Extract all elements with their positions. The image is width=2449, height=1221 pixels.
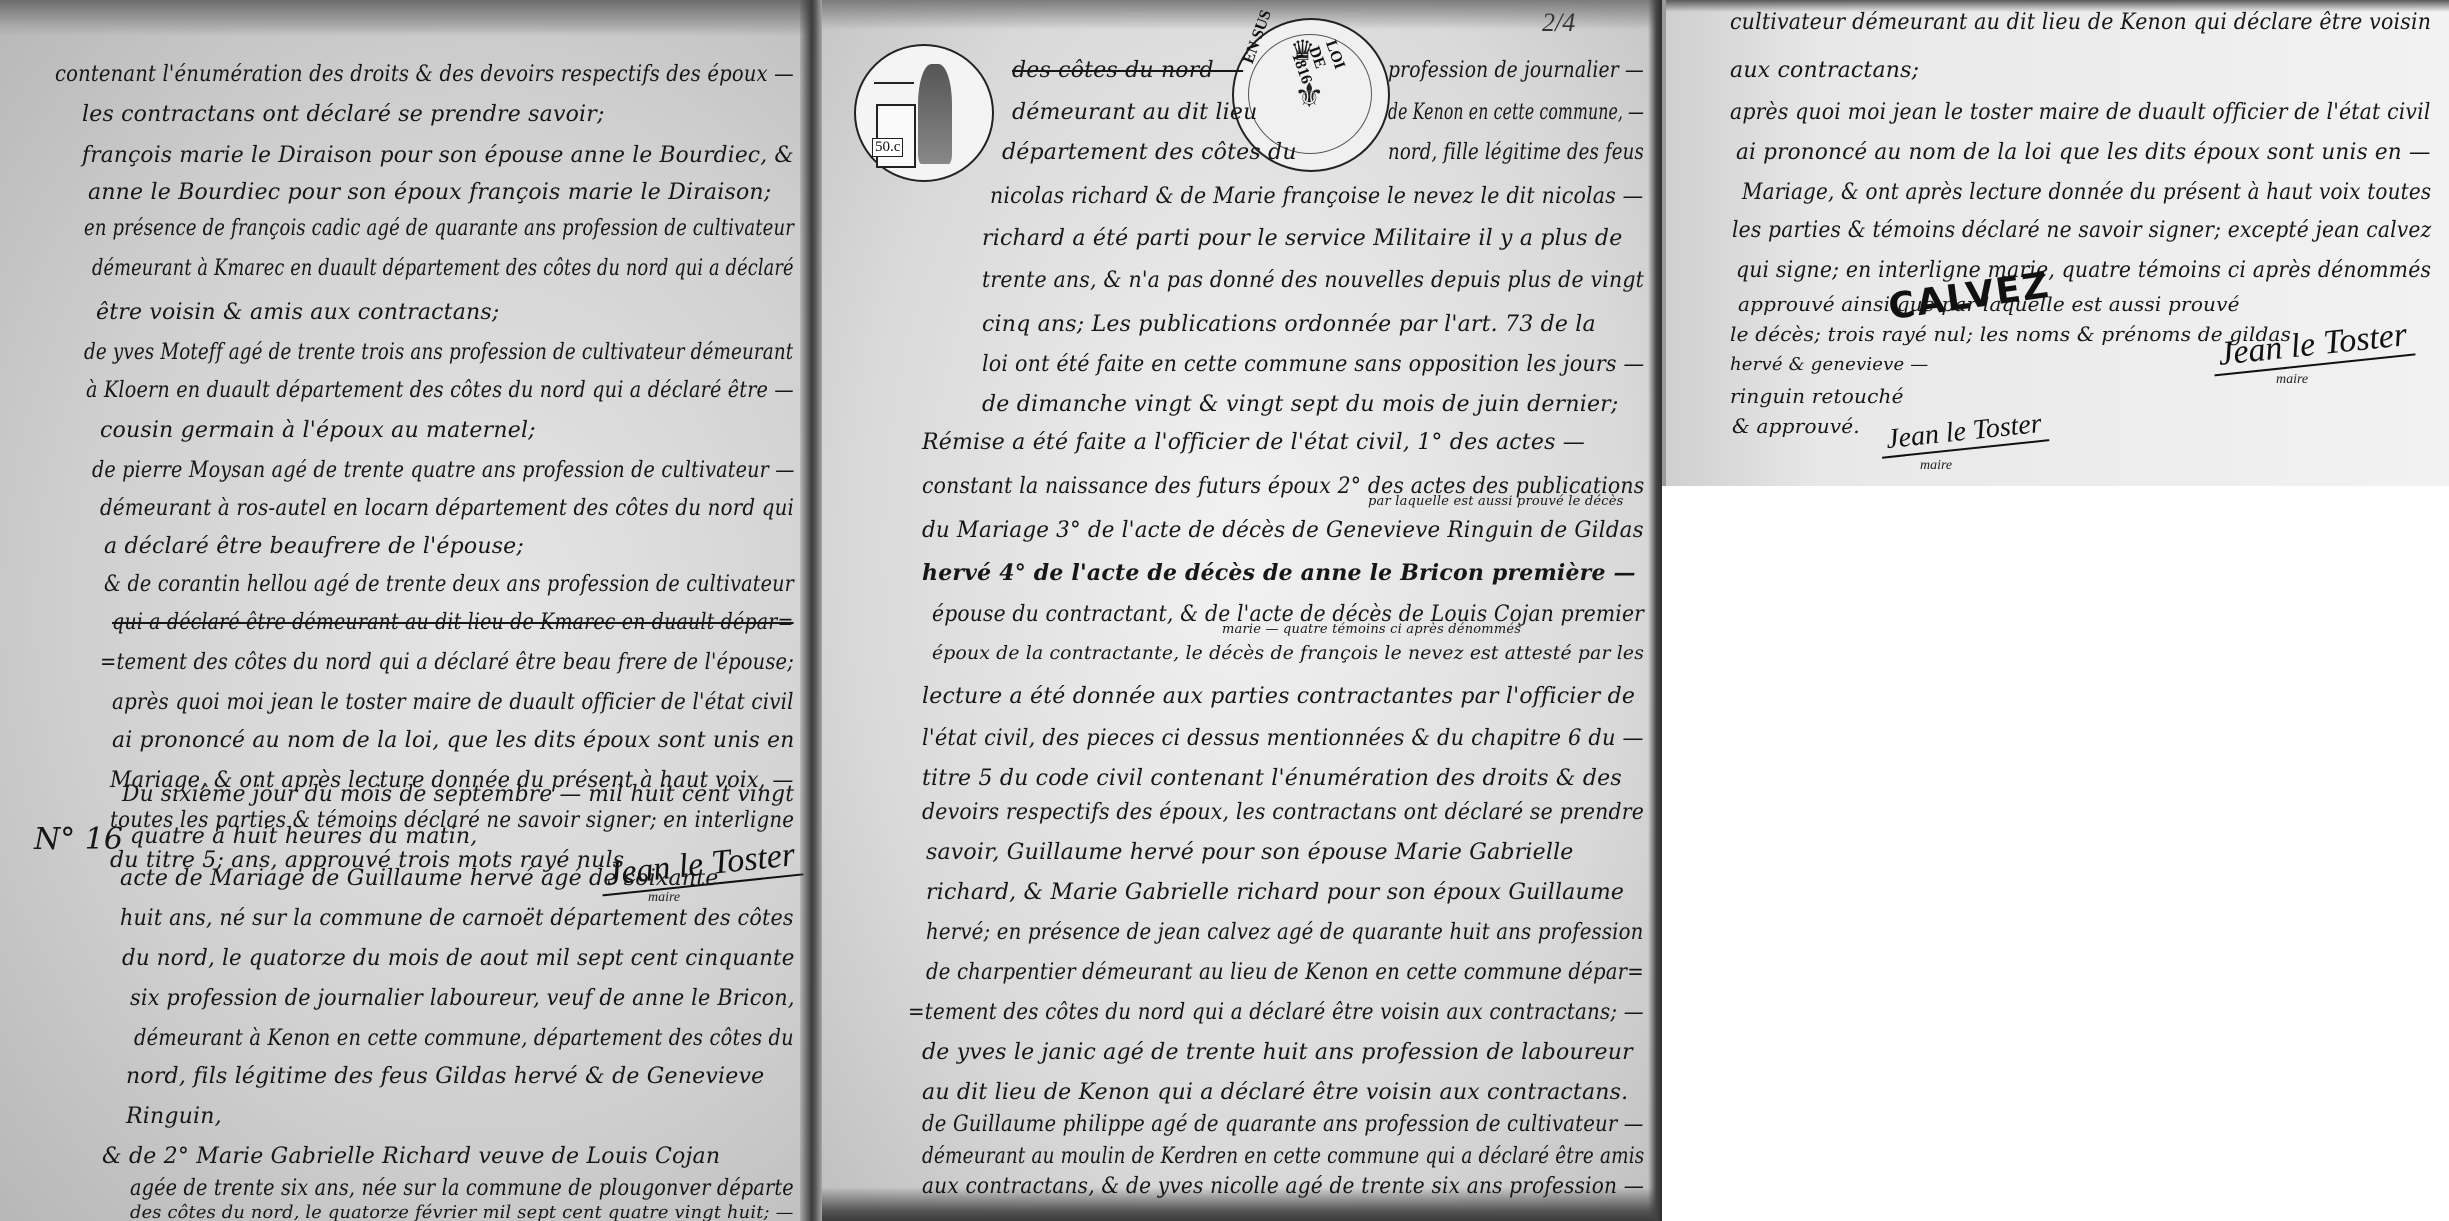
left-page: contenant l'énumération des droits & des…: [0, 0, 812, 1221]
interlinear-note: par laquelle est aussi prouvé le décès: [1368, 494, 1623, 509]
manuscript-line: nicolas richard & de Marie françoise le …: [990, 184, 1643, 209]
manuscript-line: démeurant au moulin de Kerdren en cette …: [922, 1144, 1644, 1169]
entry-line: du nord, le quatorze du mois de aout mil…: [122, 946, 795, 971]
page-edge-shadow: [0, 0, 812, 36]
entry-number: N° 16: [34, 822, 123, 857]
folio-number: 2/4: [1542, 8, 1575, 38]
manuscript-line: ai prononcé au nom de la loi, que les di…: [112, 728, 795, 753]
entry-line: Du sixième jour du mois de septembre — m…: [122, 782, 794, 807]
entry-line: nord, fils légitime des feus Gildas herv…: [126, 1064, 764, 1089]
stamp-value: 50.c: [872, 138, 903, 157]
manuscript-line: de yves le janic agé de trente huit ans …: [922, 1040, 1633, 1065]
manuscript-line: de dimanche vingt & vingt sept du mois d…: [982, 392, 1619, 417]
manuscript-line: ringuin retouché: [1730, 384, 1904, 408]
manuscript-line: Mariage, & ont après lecture donnée du p…: [1742, 180, 2431, 205]
entry-line: quatre à huit heures du matin,: [130, 824, 478, 849]
manuscript-line: du Mariage 3° de l'acte de décès de Gene…: [922, 518, 1644, 543]
signature-title: maire: [2276, 372, 2308, 388]
fiscal-stamp: 50.c: [854, 44, 994, 182]
manuscript-line: après quoi moi jean le toster maire de d…: [112, 690, 794, 715]
manuscript-line: profession de journalier —: [1388, 58, 1644, 83]
signature-title: maire: [648, 890, 680, 906]
manuscript-line: cultivateur démeurant au dit lieu de Ken…: [1730, 10, 2431, 35]
manuscript-line: hervé; en présence de jean calvez agé de…: [926, 920, 1644, 945]
entry-line: huit ans, né sur la commune de carnoët d…: [120, 906, 794, 931]
manuscript-line: françois marie le Diraison pour son épou…: [82, 143, 794, 168]
manuscript-line: ai prononcé au nom de la loi que les dit…: [1736, 140, 2431, 165]
justice-figure-icon: [918, 64, 952, 164]
manuscript-line: démeurant à ros-autel en locarn départem…: [100, 496, 794, 521]
manuscript-line: de yves Moteff agé de trente trois ans p…: [84, 340, 793, 365]
manuscript-line-corrected: qui a déclaré être démeurant au dit lieu…: [112, 610, 794, 635]
manuscript-line: trente ans, & n'a pas donné des nouvelle…: [982, 268, 1644, 293]
middle-page: 2/4 50.c ♛ ⚜ EN SUS LOI DE 1816 des côte…: [822, 0, 1662, 1221]
manuscript-line: démeurant au dit lieu: [1012, 100, 1257, 125]
entry-line: Ringuin,: [126, 1104, 222, 1129]
manuscript-line: les parties & témoins déclaré ne savoir …: [1732, 218, 2431, 243]
manuscript-line: nord, fille légitime des feus: [1388, 140, 1644, 165]
manuscript-line: titre 5 du code civil contenant l'énumér…: [922, 766, 1622, 791]
manuscript-line: être voisin & amis aux contractans;: [96, 300, 500, 325]
manuscript-line-struck: des côtes du nord —: [1012, 58, 1243, 83]
manuscript-line: hervé 4° de l'acte de décès de anne le B…: [922, 560, 1636, 586]
manuscript-line: & de corantin hellou agé de trente deux …: [104, 572, 794, 597]
manuscript-line: savoir, Guillaume hervé pour son épouse …: [926, 840, 1574, 865]
mayor-signature: Jean le Toster: [1879, 407, 2050, 458]
manuscript-line: démeurant à Kmarec en duault département…: [92, 256, 794, 281]
scales-icon: [874, 82, 914, 98]
manuscript-line: & approuvé.: [1732, 414, 1860, 438]
manuscript-line: cinq ans; Les publications ordonnée par …: [982, 312, 1596, 337]
manuscript-line: hervé & genevieve —: [1730, 354, 1928, 375]
page-edge-shadow: [1648, 0, 1662, 1221]
manuscript-line: qui signe; en interligne marie, quatre t…: [1736, 258, 2431, 283]
manuscript-line: en présence de françois cadic agé de qua…: [84, 216, 794, 241]
manuscript-line: =tement des côtes du nord qui a déclaré …: [908, 1000, 1644, 1025]
manuscript-line: au dit lieu de Kenon qui a déclaré être …: [922, 1080, 1628, 1105]
manuscript-line: l'état civil, des pieces ci dessus menti…: [922, 726, 1644, 751]
pedestal-icon: [876, 104, 916, 168]
manuscript-line: lecture a été donnée aux parties contrac…: [922, 684, 1635, 709]
manuscript-line: richard a été parti pour le service Mili…: [982, 226, 1622, 251]
right-page-fragment: cultivateur démeurant au dit lieu de Ken…: [1666, 0, 2449, 486]
manuscript-line: après quoi moi jean le toster maire de d…: [1730, 100, 2431, 125]
manuscript-line: les contractans ont déclaré se prendre s…: [82, 102, 605, 127]
manuscript-line: de Guillaume philippe agé de quarante an…: [922, 1112, 1644, 1137]
entry-line: & de 2° Marie Gabrielle Richard veuve de…: [102, 1144, 720, 1169]
page-edge-shadow: [822, 0, 1662, 30]
manuscript-line: contenant l'énumération des droits & des…: [55, 62, 794, 87]
manuscript-line: le décès; trois rayé nul; les noms & pré…: [1730, 322, 2291, 346]
manuscript-line: époux de la contractante, le décès de fr…: [932, 642, 1644, 664]
manuscript-line: cousin germain à l'époux au maternel;: [100, 418, 536, 443]
manuscript-line: à Kloern en duault département des côtes…: [86, 378, 794, 403]
manuscript-line: de Kenon en cette commune, —: [1388, 100, 1644, 125]
signature-title: maire: [1920, 458, 1952, 474]
manuscript-line: richard, & Marie Gabrielle richard pour …: [926, 880, 1624, 905]
entry-line: des côtes du nord, le quatorze février m…: [130, 1202, 794, 1221]
entry-line: six profession de journalier laboureur, …: [130, 986, 795, 1011]
manuscript-line: aux contractans, & de yves nicolle agé d…: [922, 1174, 1644, 1199]
manuscript-line: de pierre Moysan agé de trente quatre an…: [92, 458, 795, 483]
entry-line: agée de trente six ans, née sur la commu…: [130, 1176, 794, 1201]
manuscript-line: anne le Bourdiec pour son époux françois…: [88, 180, 771, 205]
manuscript-line: loi ont été faite en cette commune sans …: [982, 352, 1644, 377]
entry-line: démeurant à Kenon en cette commune, dépa…: [134, 1026, 794, 1051]
manuscript-line: de charpentier démeurant au lieu de Keno…: [926, 960, 1644, 985]
entry-line: acte de Mariage de Guillaume hervé agé d…: [120, 866, 718, 891]
manuscript-line: =tement des côtes du nord qui a déclaré …: [100, 650, 794, 675]
manuscript-line: Rémise a été faite a l'officier de l'éta…: [922, 430, 1585, 455]
interlinear-note: marie — quatre témoins ci après dénommés: [1222, 622, 1521, 637]
manuscript-line: département des côtes du: [1002, 140, 1297, 165]
manuscript-line: aux contractans;: [1730, 58, 1919, 83]
manuscript-line: devoirs respectifs des époux, les contra…: [922, 800, 1644, 825]
manuscript-line: a déclaré être beaufrere de l'épouse;: [104, 534, 524, 559]
